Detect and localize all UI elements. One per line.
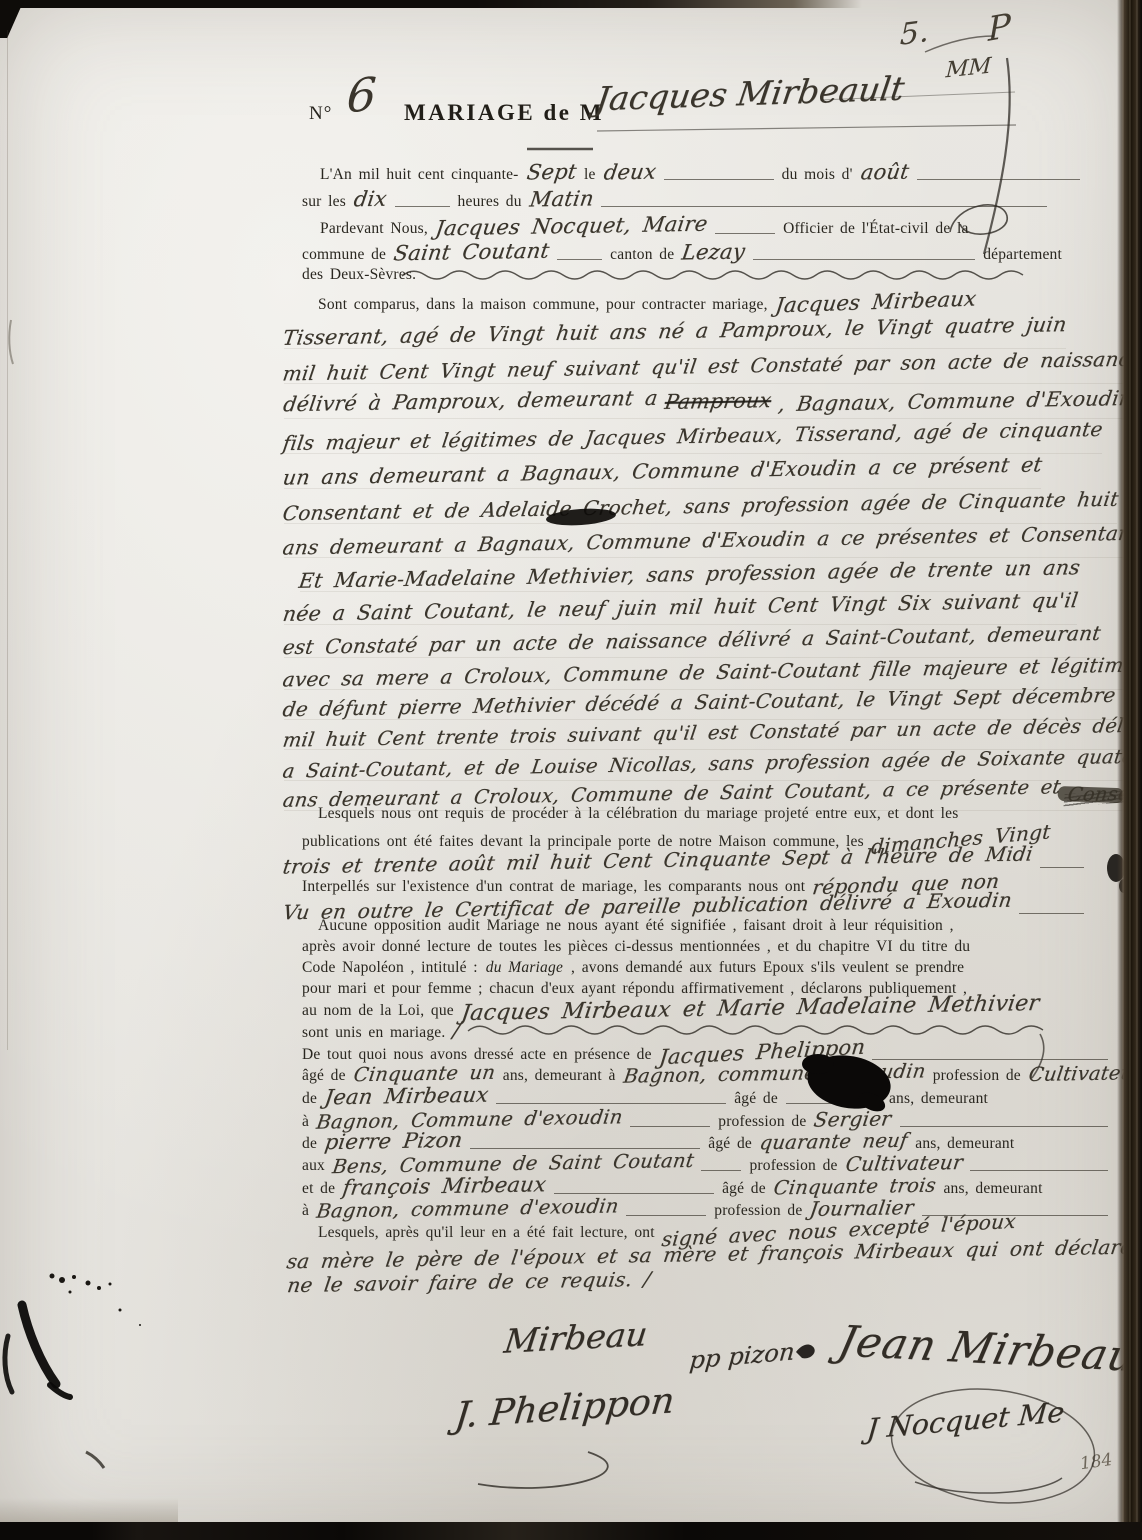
bottom-left-shading (0, 1498, 178, 1522)
page-bottom-edge (0, 1522, 1142, 1540)
page-top-edge (0, 0, 862, 8)
ink-spot (796, 1345, 815, 1359)
page-fold-line (7, 30, 8, 1050)
maire-paraph (950, 205, 1007, 234)
closure-flourish-tail (1032, 1034, 1044, 1078)
ink-speckles (50, 1274, 142, 1327)
register-page: N° 6 MARIAGE de M Jacques Mirbeault 5. P… (0, 0, 1142, 1540)
corner-ink-strokes (5, 1305, 70, 1397)
margin-note-connector (925, 36, 994, 52)
ink-blot (802, 1049, 895, 1115)
wavy-closure-line-1 (402, 271, 1023, 279)
wavy-closure-line-2 (468, 1026, 1043, 1034)
phelippon-flourish (478, 1452, 608, 1488)
nocquet-underline (915, 1478, 1062, 1493)
ink-smudge-overwrite (546, 507, 617, 528)
margin-ink-stroke (86, 1452, 104, 1468)
title-underline (597, 125, 1016, 131)
book-edge-right (1117, 0, 1142, 1540)
title-underline-2 (820, 92, 1015, 100)
ink-marks-layer (0, 0, 1142, 1540)
margin-mark (9, 320, 13, 364)
